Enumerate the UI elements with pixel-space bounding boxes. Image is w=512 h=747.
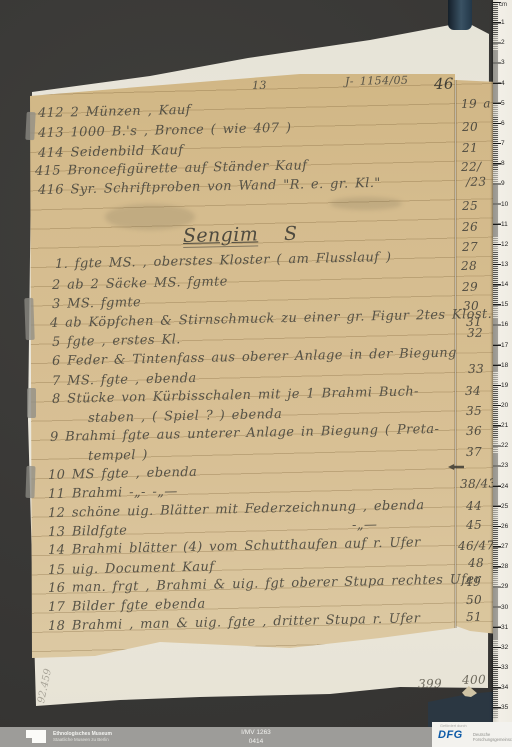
ruler-number: 25 — [501, 503, 508, 510]
margin-number: 48 — [468, 557, 484, 569]
list-item: 10 MS fgte , ebenda — [48, 466, 197, 482]
ruler-number: 7 — [501, 140, 505, 147]
ruler-unit-label: cm — [499, 2, 507, 8]
margin-number: 21 — [462, 142, 478, 154]
list-item: 6 Feder & Tintenfass aus oberer Anlage i… — [52, 347, 457, 368]
scale-ruler: cm 1234567891011121314151617181920212223… — [493, 0, 512, 722]
ruler-number: 13 — [501, 261, 508, 268]
ruler-number: 14 — [501, 281, 508, 288]
list-item: 13 Bildfgte — [48, 524, 128, 539]
ruler-cm-ticks — [493, 2, 501, 718]
ruler-number: 17 — [501, 342, 508, 349]
dfg-name: Deutsche Forschungsgemeinschaft — [473, 732, 512, 742]
ruler-number: 18 — [501, 362, 508, 369]
margin-number: 20 — [462, 121, 478, 133]
ruler-number: 8 — [501, 160, 505, 167]
ruler-number: 23 — [501, 462, 508, 469]
ruler-number: 32 — [501, 644, 508, 651]
margin-number: 22/ — [461, 161, 482, 173]
list-item: 4 ab Köpfchen & Stirnschmuck zu einer gr… — [50, 308, 492, 330]
margin-number: 26 — [462, 221, 478, 233]
list-item: 5 fgte , erstes Kl. — [52, 333, 181, 349]
list-item: 15 uig. Document Kauf — [48, 561, 215, 577]
ruler-number: 30 — [501, 604, 508, 611]
ruler-number: 31 — [501, 624, 508, 631]
ruler-number: 3 — [501, 59, 505, 66]
list-item: 2 ab 2 Säcke MS. fgmte — [52, 275, 228, 292]
list-item: 14 Brahmi blätter (4) vom Schutthaufen a… — [48, 536, 421, 557]
ruler-number: 35 — [501, 704, 508, 711]
list-item: 3 MS. fgmte — [52, 296, 141, 311]
margin-number: 51 — [466, 611, 482, 623]
margin-number: 25 — [462, 200, 478, 212]
catalog-entry: 415 Broncefigürette auf Ständer Kauf — [35, 159, 308, 178]
catalog-entry: 413 1000 B.'s , Bronce ( wie 407 ) — [38, 122, 292, 140]
vertical-pencil-note: 92.459 — [36, 668, 54, 705]
margin-number: 32 — [467, 327, 483, 339]
margin-number: 19 a — [461, 97, 491, 110]
list-item: 1. fgte MS. , oberstes Kloster ( am Flus… — [55, 251, 392, 271]
list-item: tempel ) — [88, 449, 148, 463]
ruler-number: 33 — [501, 664, 508, 671]
header-mark: 13 — [252, 80, 267, 91]
funding-note: Gefördert durch — [440, 724, 467, 728]
page-number: 400 — [462, 673, 486, 686]
list-item: 8 Stücke von Kürbisschalen mit je 1 Brah… — [52, 385, 419, 406]
ruler-number: 10 — [501, 201, 508, 208]
ruler-number: 28 — [501, 563, 508, 570]
ruler-number: 9 — [501, 180, 505, 187]
catalog-entry: 412 2 Münzen , Kauf — [38, 104, 191, 120]
margin-number: 49 — [465, 576, 481, 588]
ruler-number: 24 — [501, 483, 508, 490]
margin-number: 44 — [466, 500, 482, 512]
catalog-entry: 416 Syr. Schriftproben von Wand "R. e. g… — [38, 177, 381, 197]
margin-number: /23 — [466, 176, 487, 188]
margin-number: 27 — [462, 241, 478, 253]
margin-number: 37 — [466, 446, 482, 458]
ruler-number: 6 — [501, 120, 505, 127]
ruler-number: 21 — [501, 422, 508, 429]
catalog-entry: 414 Seidenbild Kauf — [38, 144, 184, 160]
list-item: staben , ( Spiel ? ) ebenda — [88, 408, 282, 425]
ruler-number: 1 — [501, 19, 505, 26]
margin-number: 35 — [466, 405, 482, 417]
ruler-number: 12 — [501, 241, 508, 248]
book-clamp — [448, 0, 472, 30]
ruler-number: 20 — [501, 402, 508, 409]
ruler-number: 15 — [501, 301, 508, 308]
page-number: 399 — [418, 677, 442, 690]
section-heading: Sengim — [183, 225, 259, 248]
margin-number: 33 — [468, 363, 484, 375]
list-item: 18 Brahmi , man & uig. fgte , dritter St… — [48, 612, 421, 633]
list-item: 11 Brahmi -„- -„— — [48, 485, 178, 501]
list-item: 9 Brahmi fgte aus unterer Anlage in Bieg… — [50, 423, 440, 444]
list-item: 17 Bilder fgte ebenda — [48, 598, 206, 614]
ruler-number: 26 — [501, 523, 508, 530]
ruler-number: 16 — [501, 321, 508, 328]
dfg-logo: DFG — [438, 729, 463, 741]
margin-number: 46/47 — [458, 539, 495, 552]
margin-number: 38/43 — [460, 477, 497, 490]
margin-number: 29 — [462, 281, 478, 293]
scan-viewport: 13J- 1154/0546412 2 Münzen , Kauf413 100… — [0, 0, 512, 747]
handwriting-layer: 13J- 1154/0546412 2 Münzen , Kauf413 100… — [0, 0, 512, 747]
margin-number: 45 — [466, 519, 482, 531]
ruler-number: 19 — [501, 382, 508, 389]
ruler-number: 34 — [501, 684, 508, 691]
ruler-number: 5 — [501, 100, 505, 107]
ruler-number: 27 — [501, 543, 508, 550]
margin-number: 28 — [461, 260, 477, 272]
margin-number: 36 — [466, 425, 482, 437]
dfg-logo-box: Gefördert durch DFG Deutsche Forschungsg… — [432, 722, 512, 747]
margin-number: 30 — [463, 300, 479, 312]
list-item: -„— — [352, 518, 378, 532]
list-item: 7 MS. fgte , ebenda — [52, 372, 197, 388]
header-mark: J- 1154/05 — [345, 75, 409, 87]
margin-number: 34 — [465, 385, 481, 397]
section-heading: S — [284, 225, 298, 244]
ruler-number: 4 — [501, 80, 505, 87]
ruler-number: 11 — [501, 221, 508, 228]
ruler-number: 29 — [501, 583, 508, 590]
margin-number: 50 — [466, 594, 482, 606]
ruler-number: 2 — [501, 39, 505, 46]
ruler-number: 22 — [501, 442, 508, 449]
header-mark: 46 — [434, 77, 454, 92]
